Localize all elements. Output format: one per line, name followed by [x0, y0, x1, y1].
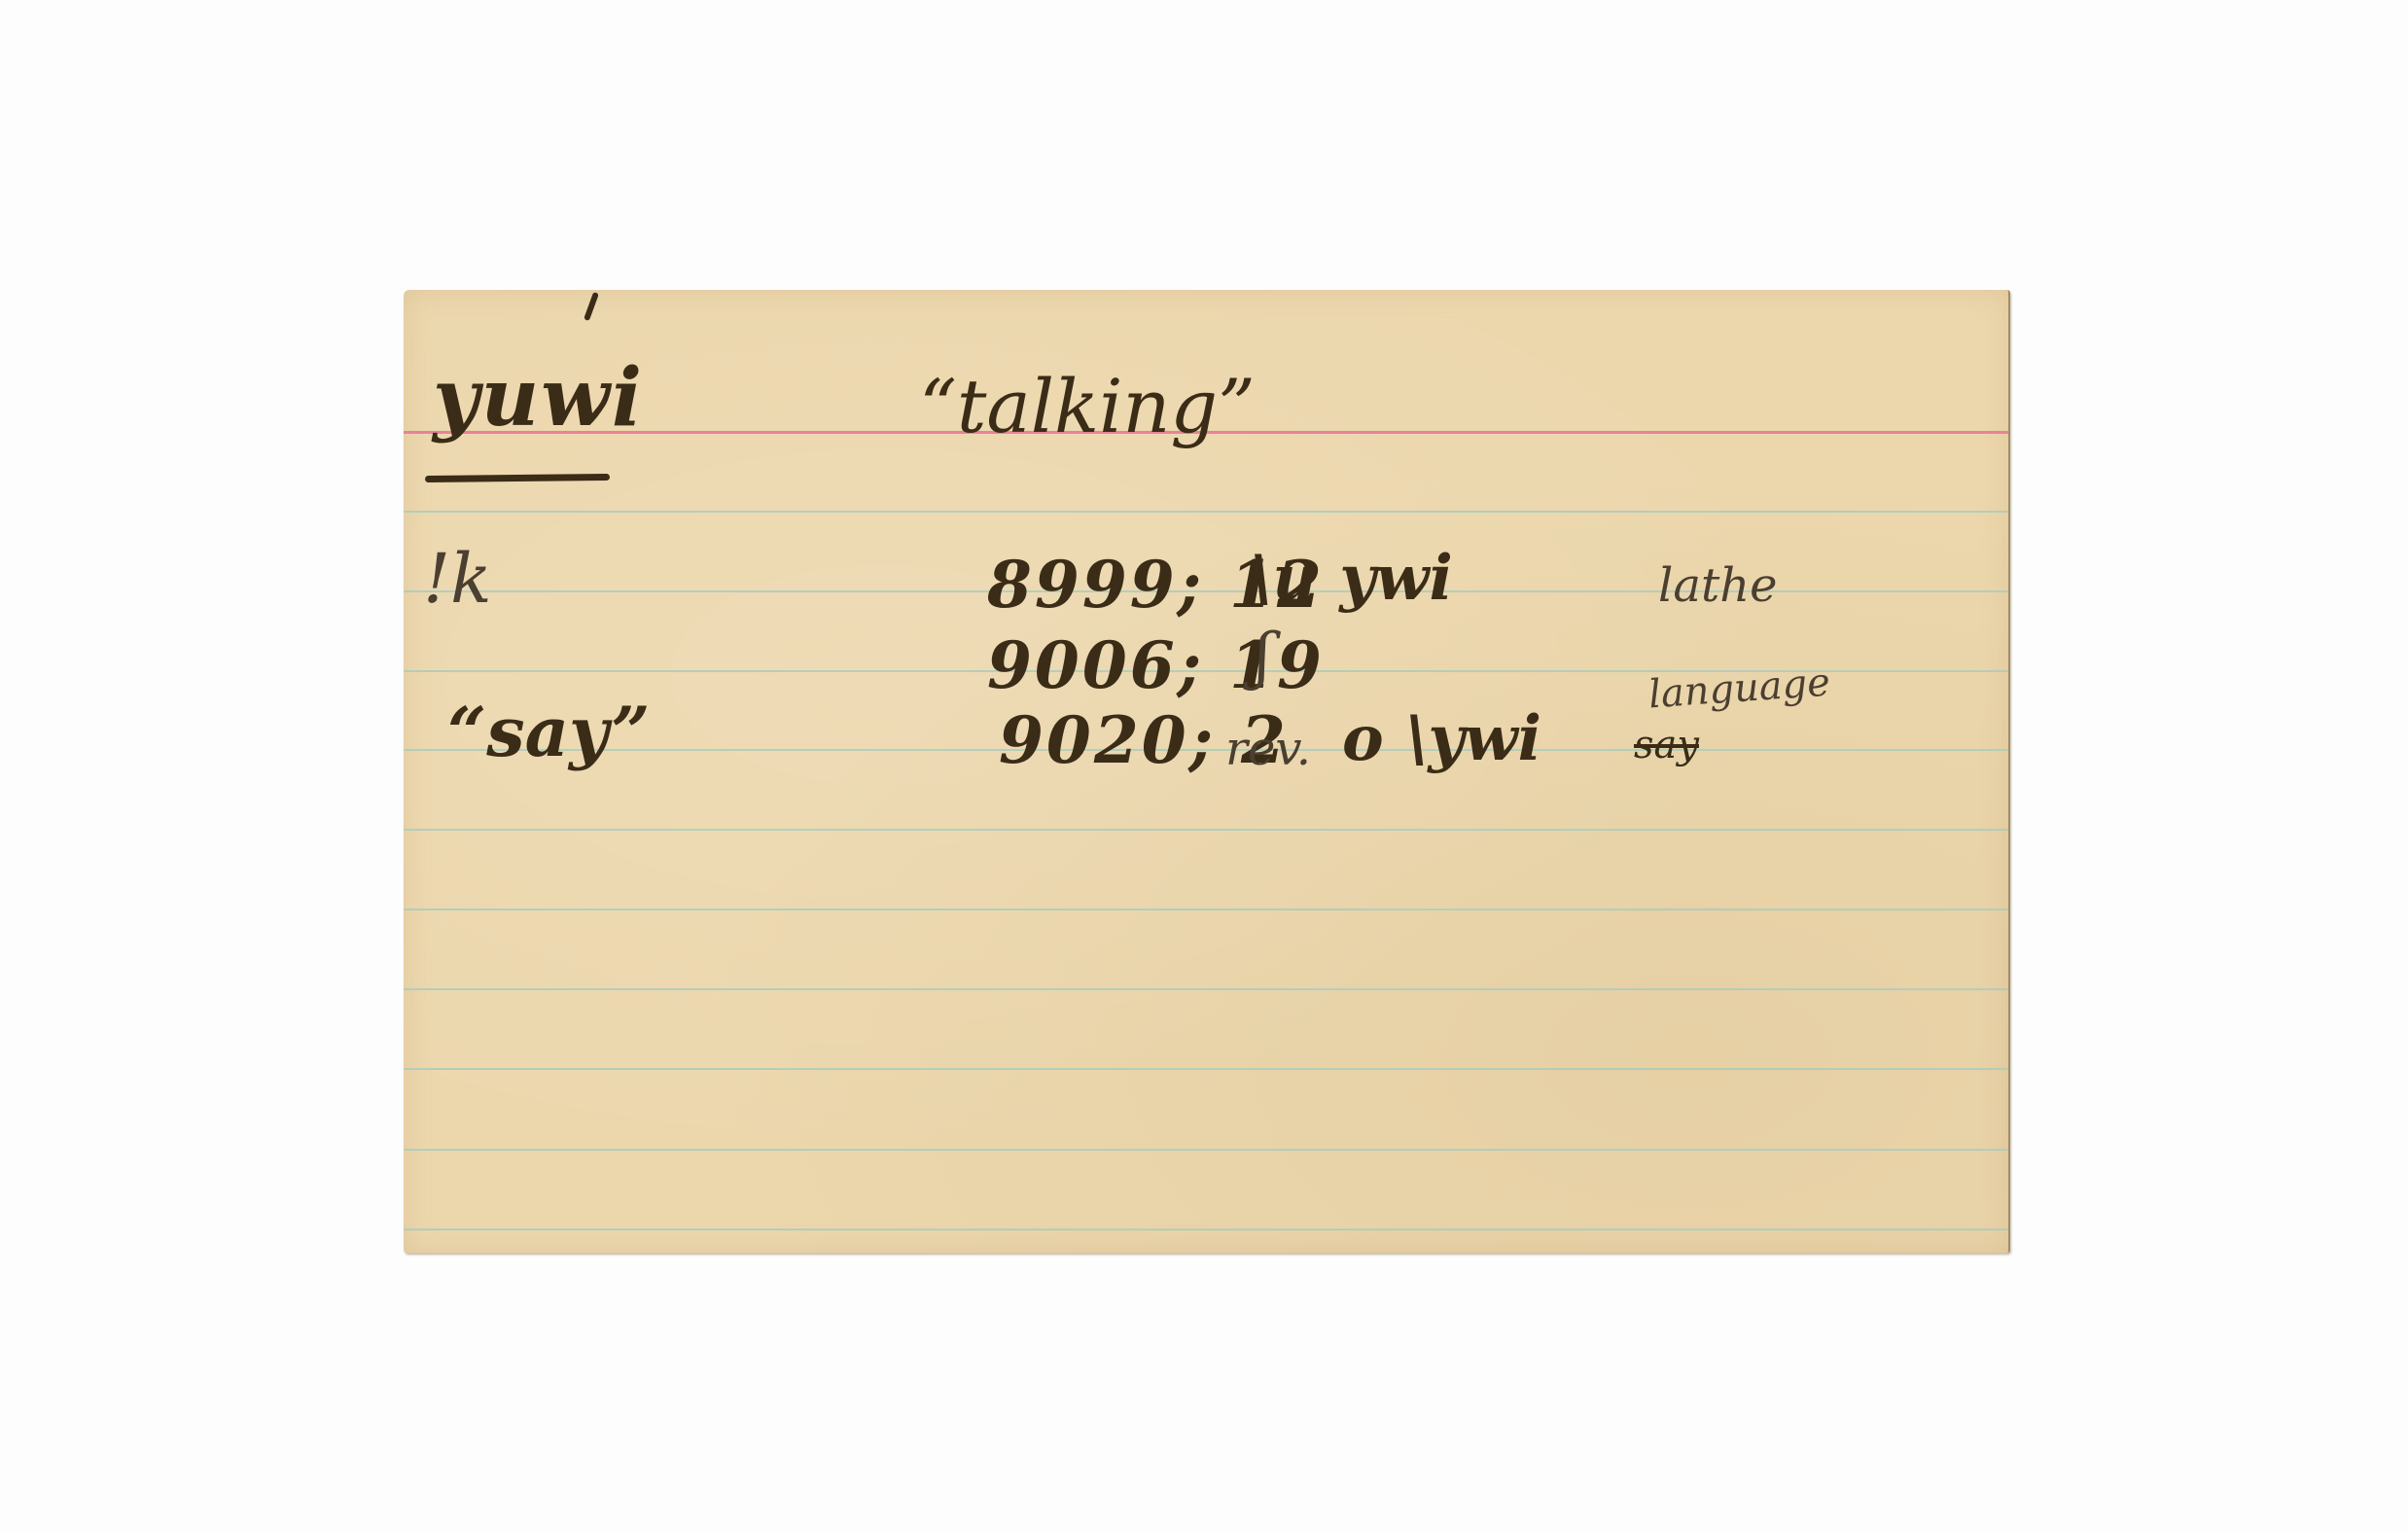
index-card: yuwi “talking” !k “say” 8999; 12 \u ywi …: [404, 290, 2010, 1253]
form-o-ywi: o \ywi: [1342, 708, 1541, 770]
form-u-ywi: \u ywi: [1250, 548, 1453, 610]
gloss-talking: “talking”: [919, 370, 1256, 444]
ruled-line: [404, 829, 2008, 831]
ruled-line: [404, 511, 2008, 513]
prefix-rev: rev.: [1225, 726, 1311, 772]
ruled-line: [404, 1068, 2008, 1070]
ruled-line: [404, 1229, 2008, 1230]
headword-underline: [425, 474, 610, 482]
headword-accent-mark: [584, 292, 599, 321]
ruled-line: [404, 988, 2008, 990]
struck-note-say: say: [1634, 726, 1699, 765]
left-label-k: !k: [423, 545, 492, 613]
ruled-line: [404, 909, 2008, 910]
note-lathe: lathe: [1658, 562, 1778, 609]
reference-9006: 9006; 19: [987, 633, 1325, 697]
note-language: language: [1647, 663, 1831, 715]
left-label-say: “say”: [447, 698, 651, 766]
headword: yuwi: [433, 358, 644, 438]
form-esh-mark: ʃ: [1255, 625, 1271, 688]
ruled-line: [404, 1149, 2008, 1151]
